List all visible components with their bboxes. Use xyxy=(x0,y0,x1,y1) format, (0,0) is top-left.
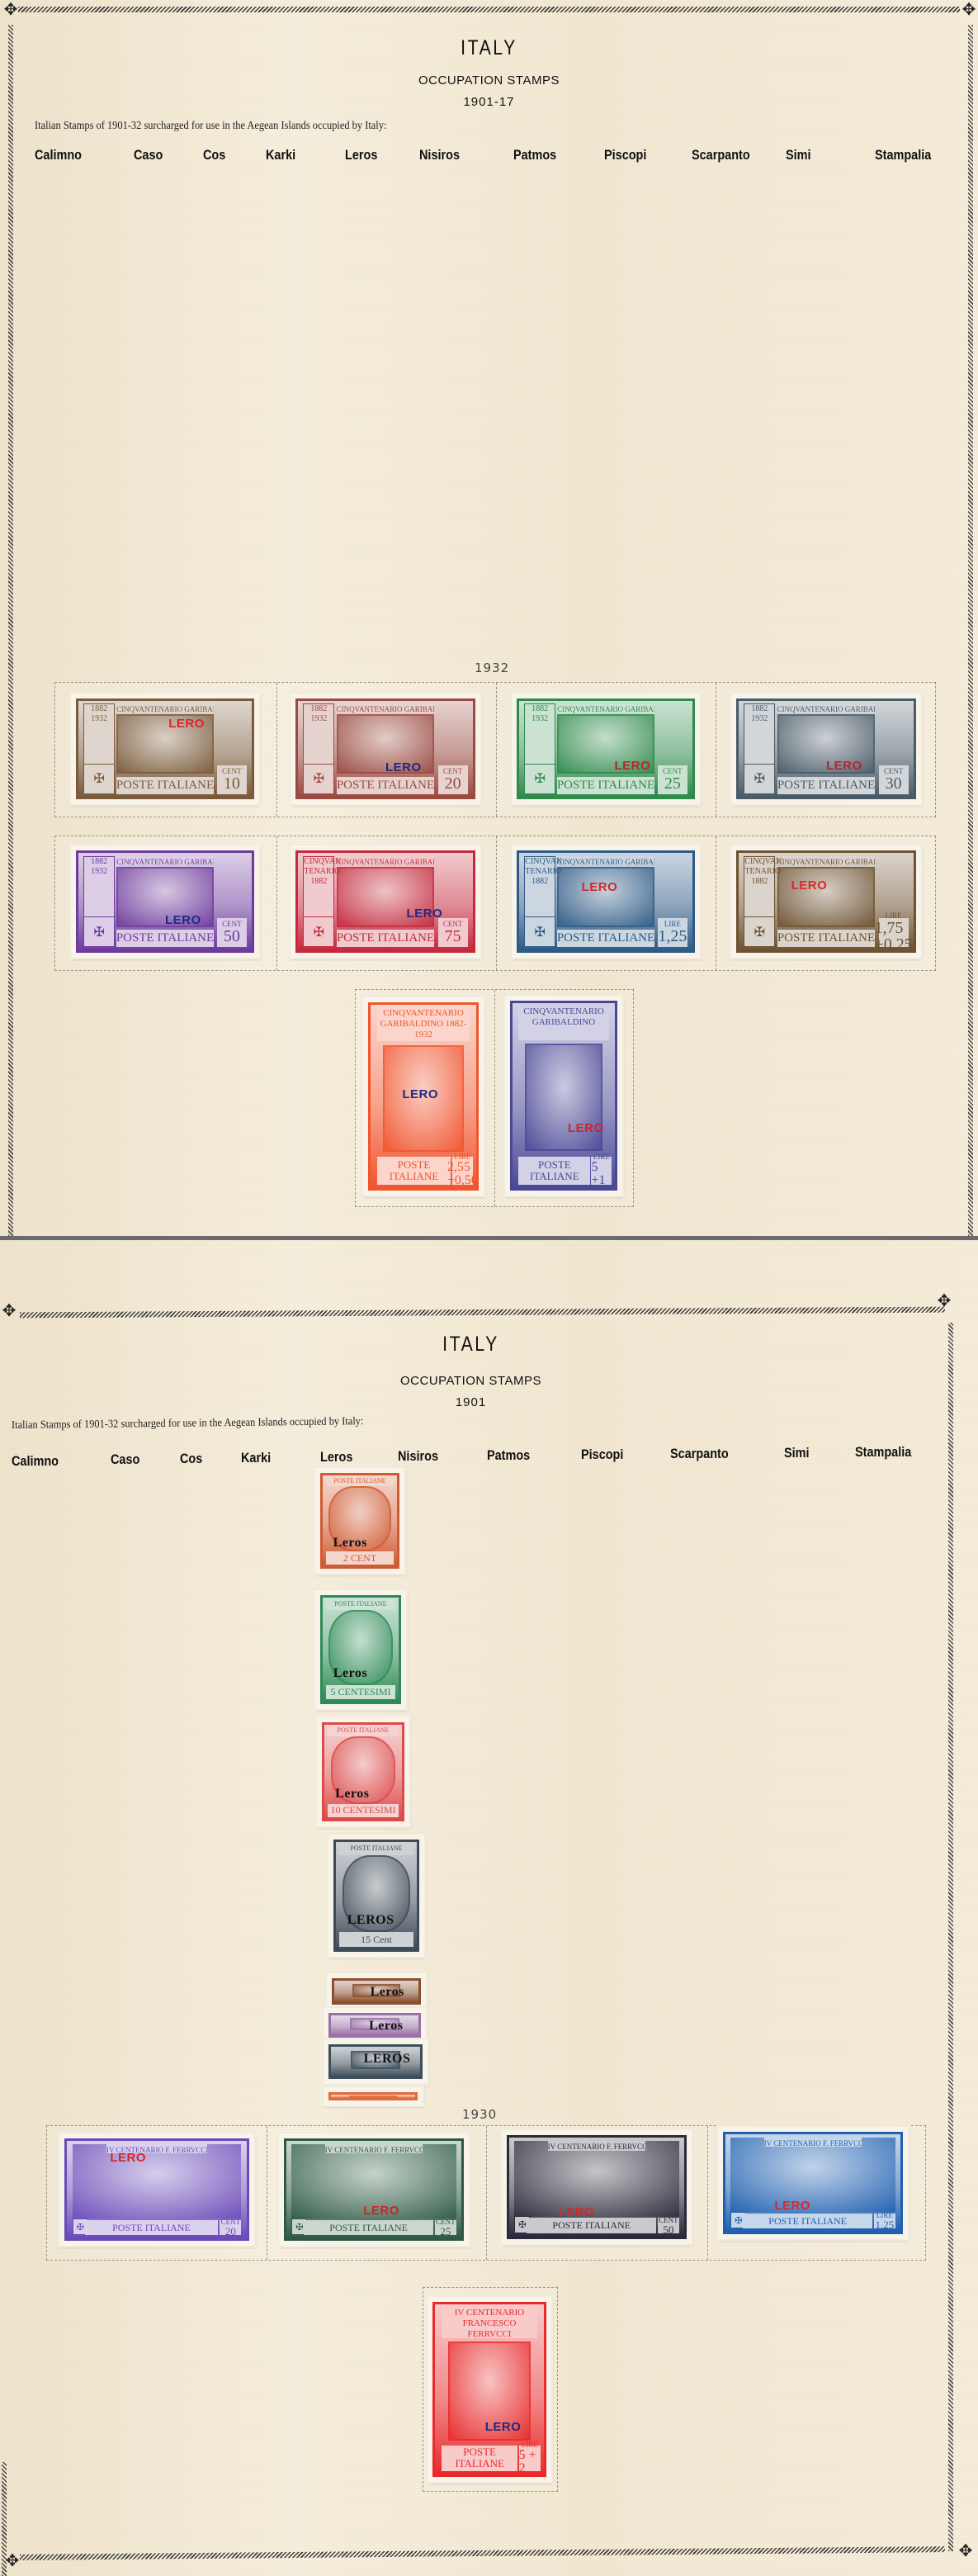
island-label: Piscopi xyxy=(604,147,646,163)
stamp-denomination: CENT20 xyxy=(438,765,468,794)
stamp-side-panel: 1882 1932 xyxy=(303,703,334,765)
stamp[interactable]: Leros xyxy=(324,2008,426,2043)
savoy-crest-icon: ✠ xyxy=(303,916,334,947)
stamp-vignette xyxy=(73,2144,242,2219)
island-label: Scarpanto xyxy=(692,147,750,163)
island-label: Leros xyxy=(345,147,377,163)
stamp-denomination: 10 CENTESIMI xyxy=(328,1804,399,1817)
left-border xyxy=(8,25,13,1236)
stamp-issue-title: CINQVANTENARIO GARIBALDINO 1882-1932 xyxy=(377,1008,470,1041)
page-subtitle: OCCUPATION STAMPS xyxy=(0,73,978,88)
stamp-vignette xyxy=(349,2095,396,2099)
corner-ornament-icon: ✥ xyxy=(960,0,978,18)
stamp-face: CINQVANTENARIO GARIBALDINO 1882-1932POST… xyxy=(368,1002,479,1191)
stamp-denomination: LIRE1,25 xyxy=(874,2214,895,2229)
overprint: LERO xyxy=(385,760,422,774)
overprint: Leros xyxy=(333,1666,367,1681)
page-description: Italian Stamps of 1901-32 surcharged for… xyxy=(35,119,386,132)
stamp-face: CINQVANTENARIO GARIBALDINOCINQVAN TENARI… xyxy=(736,850,916,953)
top-border xyxy=(20,1307,945,1319)
overprint: LEROS xyxy=(347,1913,395,1928)
overprint: LERO xyxy=(168,717,205,731)
stamp-face: POSTE ITALIANE15 CentLEROS xyxy=(333,1840,419,1952)
overprint: LERO xyxy=(791,878,828,893)
overprint: Leros xyxy=(354,2019,418,2034)
stamp-label: POSTE ITALIANE xyxy=(557,930,654,947)
island-label: Calimno xyxy=(35,147,82,163)
stamp-side-panel: 1882 1932 xyxy=(83,856,115,918)
overprint: LERO xyxy=(363,2204,399,2218)
stamp-denomination: LIRE1,25 xyxy=(658,918,687,947)
stamp-face: IV CENTENARIO FRANCESCO FERRVCCIPOSTE IT… xyxy=(432,2302,546,2477)
island-label: Simi xyxy=(784,1445,810,1461)
stamp-face: CINQVANTENARIO GARIBALDINO1882 1932✠POST… xyxy=(76,850,254,953)
savoy-crest-icon: ✠ xyxy=(83,916,115,947)
overprint: LERO xyxy=(774,2199,810,2213)
stamp-face: IV CENTENARIO F. FERRVCCI✠POSTE ITALIANE… xyxy=(507,2135,687,2239)
stamp-value: 20 xyxy=(445,775,461,792)
stamp-vignette xyxy=(514,2141,678,2217)
stamp-label: POSTE ITALIANE xyxy=(304,2220,433,2236)
island-label: Cos xyxy=(180,1451,202,1467)
island-label: Stampalia xyxy=(855,1444,911,1461)
stamp-value: 5 + 2 xyxy=(519,2449,541,2475)
stamp-denomination: LIRE2,55 +0,50 xyxy=(452,1157,474,1184)
stamp-denomination: 2 CENT xyxy=(326,1551,395,1564)
album-page-2: ✥ ✥ ✥ ✥ ITALY OCCUPATION STAMPS 1901 Ita… xyxy=(0,1240,978,2576)
stamp[interactable] xyxy=(324,2087,423,2105)
island-label: Cos xyxy=(203,147,225,163)
stamp-value: 1,75 +0,25 xyxy=(874,920,912,953)
stamp-issue-title: CINQVANTENARIO GARIBALDINO xyxy=(518,1006,608,1039)
stamp-issue-title: CINQVANTENARIO GARIBALDINO xyxy=(337,703,435,713)
page-title: ITALY xyxy=(55,1333,886,1357)
stamp[interactable]: CINQVANTENARIO GARIBALDINO1882 1932✠POST… xyxy=(71,694,259,804)
top-border xyxy=(18,7,960,12)
page-years: 1901-17 xyxy=(0,95,978,109)
stamp[interactable]: Leros xyxy=(327,1973,426,2010)
stamp-side-panel: CINQVAN TENARIO 1882 xyxy=(524,856,555,918)
stamp[interactable]: POSTE ITALIANE5 CENTESIMILeros xyxy=(315,1590,406,1709)
stamp[interactable]: CINQVANTENARIO GARIBALDINO1882 1932✠POST… xyxy=(512,694,700,804)
stamp-face: CINQVANTENARIO GARIBALDINO1882 1932✠POST… xyxy=(736,698,916,799)
island-label: Simi xyxy=(786,147,811,163)
stamp-vignette xyxy=(777,867,876,927)
stamp-face: POSTE ITALIANE5 CENTESIMILeros xyxy=(320,1595,401,1704)
island-label: Karki xyxy=(241,1450,271,1466)
overprint: LERO xyxy=(485,2420,522,2434)
stamp-value: 25 xyxy=(664,775,681,792)
stamp-issue-title: POSTE ITALIANE xyxy=(339,1844,413,1855)
stamp-value: 5 +1 xyxy=(591,1161,612,1187)
stamp-value: 2,55 +0,50 xyxy=(447,1161,478,1187)
stamp-label: POSTE ITALIANE xyxy=(527,2218,656,2233)
overprint: LERO xyxy=(568,1121,604,1135)
overprint: Leros xyxy=(357,1985,418,2000)
overprint: LERO xyxy=(615,759,651,773)
stamp[interactable]: IV CENTENARIO F. FERRVCCI✠POSTE ITALIANE… xyxy=(279,2133,469,2246)
stamp-issue-title: CINQVANTENARIO GARIBALDINO xyxy=(116,703,214,713)
album-page-1: ✥ ✥ ITALY OCCUPATION STAMPS 1901-17 Ital… xyxy=(0,0,978,1236)
savoy-crest-icon: ✠ xyxy=(303,764,334,794)
stamp-denomination: LIRE1,75 +0,25 xyxy=(879,918,909,947)
page-title: ITALY xyxy=(73,36,905,60)
corner-ornament-icon: ✥ xyxy=(2,0,20,18)
savoy-crest-icon: ✠ xyxy=(744,916,775,947)
section-year: 1932 xyxy=(475,661,509,675)
stamp[interactable]: POSTE ITALIANE2 CENTLeros xyxy=(315,1468,404,1574)
stamp-value: 1,25 xyxy=(658,928,687,945)
stamp-face: CINQVANTENARIO GARIBALDINO1882 1932✠POST… xyxy=(295,698,475,799)
stamp-face: CINQVANTENARIO GARIBALDINOCINQVAN TENARI… xyxy=(517,850,695,953)
stamp-side-panel: 1882 1932 xyxy=(524,703,555,765)
stamp-issue-title: POSTE ITALIANE xyxy=(326,1600,396,1611)
stamp-value: 50 xyxy=(224,928,240,945)
island-label: Stampalia xyxy=(875,147,931,163)
stamp-issue-title: CINQVANTENARIO GARIBALDINO xyxy=(116,856,214,866)
stamp-vignette xyxy=(557,867,654,927)
island-label: Karki xyxy=(266,147,295,163)
stamp-label: POSTE ITALIANE xyxy=(777,930,876,947)
island-label: Leros xyxy=(320,1449,352,1466)
stamp-face: IV CENTENARIO F. FERRVCCI✠POSTE ITALIANE… xyxy=(723,2132,903,2234)
island-label: Scarpanto xyxy=(670,1446,729,1462)
stamp-issue-title: CINQVANTENARIO GARIBALDINO xyxy=(337,856,435,866)
stamp[interactable]: POSTE ITALIANE10 CENTESIMILeros xyxy=(317,1717,409,1826)
stamp-value: 50 xyxy=(663,2224,673,2235)
overprint: LERO xyxy=(406,907,442,921)
stamp-denomination: LIRE5 +1 xyxy=(591,1157,612,1185)
stamp-value: 20 xyxy=(225,2226,236,2237)
stamp[interactable]: LEROS xyxy=(324,2039,428,2084)
overprint: LERO xyxy=(558,2205,594,2219)
corner-ornament-icon: ✥ xyxy=(957,2541,975,2559)
island-label: Caso xyxy=(134,147,163,163)
stamp-face: CINQVANTENARIO GARIBALDINOPOSTE ITALIANE… xyxy=(510,1001,617,1191)
stamp-issue-title: POSTE ITALIANE xyxy=(328,1726,399,1735)
stamp-label: POSTE ITALIANE xyxy=(377,1157,451,1184)
corner-ornament-icon: ✥ xyxy=(3,2551,21,2569)
stamp[interactable]: CINQVANTENARIO GARIBALDINO1882 1932✠POST… xyxy=(71,845,259,958)
stamp-label: POSTE ITALIANE xyxy=(442,2446,517,2471)
savoy-crest-icon: ✠ xyxy=(83,764,115,794)
stamp-face xyxy=(328,2092,418,2100)
stamp-label: POSTE ITALIANE xyxy=(777,777,876,794)
stamp-denomination: 5 CENTESIMI xyxy=(326,1685,396,1700)
corner-ornament-icon: ✥ xyxy=(0,1301,18,1319)
section-year: 1930 xyxy=(462,2107,497,2122)
stamp-denomination: CENT50 xyxy=(658,2218,678,2233)
stamp-label: POSTE ITALIANE xyxy=(116,777,214,794)
stamp-face: POSTE ITALIANE10 CENTESIMILeros xyxy=(322,1722,404,1821)
page-description: Italian Stamps of 1901-32 surcharged for… xyxy=(12,1414,364,1432)
overprint: LERO xyxy=(165,913,201,927)
island-label: Patmos xyxy=(487,1447,530,1464)
savoy-crest-icon: ✠ xyxy=(744,764,775,794)
stamp-issue-title: IV CENTENARIO F. FERRVCCI xyxy=(325,2144,423,2154)
stamp[interactable]: CINQVANTENARIO GARIBALDINO 1882-1932POST… xyxy=(363,997,484,1196)
stamp[interactable]: CINQVANTENARIO GARIBALDINOCINQVAN TENARI… xyxy=(291,845,480,958)
stamp[interactable]: POSTE ITALIANE15 CentLEROS xyxy=(328,1835,424,1957)
stamp-value: 75 xyxy=(445,928,461,945)
stamp-denomination: CENT10 xyxy=(217,765,247,794)
stamp-side-panel: CINQVAN TENARIO 1882 xyxy=(303,856,334,918)
stamp-issue-title: CINQVANTENARIO GARIBALDINO xyxy=(557,856,654,866)
overprint: Leros xyxy=(333,1536,367,1551)
stamp-face: CINQVANTENARIO GARIBALDINO1882 1932✠POST… xyxy=(517,698,695,799)
savoy-crest-icon: ✠ xyxy=(524,764,555,794)
right-border xyxy=(948,1323,953,2551)
overprint: LERO xyxy=(110,2151,146,2165)
stamp-denomination: CENT50 xyxy=(217,918,247,947)
stamp-issue-title: CINQVANTENARIO GARIBALDINO xyxy=(777,703,876,713)
stamp-label: POSTE ITALIANE xyxy=(116,930,214,947)
overprint: LERO xyxy=(582,880,618,894)
stamp-face: Leros xyxy=(332,1978,421,2005)
stamp-face: CINQVANTENARIO GARIBALDINOCINQVAN TENARI… xyxy=(295,850,475,953)
stamp-side-panel: 1882 1932 xyxy=(83,703,115,765)
stamp-side-panel: 1882 1932 xyxy=(744,703,775,765)
stamp[interactable]: IV CENTENARIO FRANCESCO FERRVCCIPOSTE IT… xyxy=(428,2297,551,2482)
overprint: LERO xyxy=(826,759,862,773)
stamp[interactable]: CINQVANTENARIO GARIBALDINO1882 1932✠POST… xyxy=(731,694,921,804)
stamp[interactable]: CINQVANTENARIO GARIBALDINOPOSTE ITALIANE… xyxy=(505,996,622,1196)
stamp-label: POSTE ITALIANE xyxy=(337,777,435,794)
stamp-label: POSTE ITALIANE xyxy=(337,930,435,947)
stamp-denomination: 15 Cent xyxy=(339,1932,413,1947)
island-label: Piscopi xyxy=(581,1447,623,1463)
stamp[interactable]: CINQVANTENARIO GARIBALDINO1882 1932✠POST… xyxy=(291,694,480,804)
island-label: Patmos xyxy=(513,147,556,163)
stamp-issue-title: CINQVANTENARIO GARIBALDINO xyxy=(777,856,876,866)
right-border xyxy=(968,25,973,1236)
stamp[interactable]: IV CENTENARIO F. FERRVCCI✠POSTE ITALIANE… xyxy=(59,2133,254,2246)
stamp-denomination: CENT20 xyxy=(220,2220,241,2236)
stamp-face: CINQVANTENARIO GARIBALDINO1882 1932✠POST… xyxy=(76,698,254,799)
island-label: Nisiros xyxy=(419,147,460,163)
stamp-value: 10 xyxy=(224,775,240,792)
stamp-denomination: CENT25 xyxy=(435,2220,456,2236)
stamp-issue-title: POSTE ITALIANE xyxy=(326,1477,395,1486)
stamp-side-panel: CINQVAN TENARIO 1882 xyxy=(744,856,775,918)
page-subtitle: OCCUPATION STAMPS xyxy=(0,1374,960,1388)
stamp-face: LEROS xyxy=(328,2044,423,2079)
overprint: LEROS xyxy=(354,2052,420,2067)
corner-ornament-icon: ✥ xyxy=(935,1291,953,1309)
stamp-issue-title: IV CENTENARIO F. FERRVCCI xyxy=(548,2141,646,2151)
stamp-denomination: CENT75 xyxy=(438,918,468,947)
stamp-label: POSTE ITALIANE xyxy=(743,2214,872,2229)
stamp-denomination: CENT25 xyxy=(658,765,687,794)
stamp-value: 30 xyxy=(886,775,902,792)
stamp-face: Leros xyxy=(328,2013,421,2038)
stamp-issue-title: IV CENTENARIO F. FERRVCCI xyxy=(764,2138,862,2147)
stamp-label: POSTE ITALIANE xyxy=(85,2220,218,2236)
page-years: 1901 xyxy=(0,1395,960,1409)
stamp[interactable]: CINQVANTENARIO GARIBALDINOCINQVAN TENARI… xyxy=(731,845,921,958)
stamp[interactable]: IV CENTENARIO F. FERRVCCI✠POSTE ITALIANE… xyxy=(718,2127,908,2239)
stamp-label: POSTE ITALIANE xyxy=(557,777,654,794)
stamp[interactable]: CINQVANTENARIO GARIBALDINOCINQVAN TENARI… xyxy=(512,845,700,958)
island-label: Calimno xyxy=(12,1453,59,1470)
stamp-denomination: CENT30 xyxy=(879,765,909,794)
stamp-face: POSTE ITALIANE2 CENTLeros xyxy=(320,1473,399,1569)
savoy-crest-icon: ✠ xyxy=(524,916,555,947)
island-label: Caso xyxy=(111,1451,139,1468)
stamp-value: 25 xyxy=(440,2226,451,2237)
stamp-label: POSTE ITALIANE xyxy=(518,1157,590,1185)
stamp-issue-title: IV CENTENARIO FRANCESCO FERRVCCI xyxy=(442,2308,537,2338)
stamp-issue-title: CINQVANTENARIO GARIBALDINO xyxy=(557,703,654,713)
overprint: Leros xyxy=(335,1787,369,1802)
stamp-denomination: LIRE5 + 2 xyxy=(519,2446,541,2471)
overprint: LERO xyxy=(402,1087,438,1101)
stamp-value: 1,25 xyxy=(876,2219,895,2230)
bottom-border xyxy=(20,2546,945,2560)
stamp-face: IV CENTENARIO F. FERRVCCI✠POSTE ITALIANE… xyxy=(284,2138,464,2241)
stamp-face: IV CENTENARIO F. FERRVCCI✠POSTE ITALIANE… xyxy=(64,2138,249,2241)
stamp-vignette xyxy=(730,2138,895,2213)
stamp[interactable]: IV CENTENARIO F. FERRVCCI✠POSTE ITALIANE… xyxy=(502,2130,692,2244)
island-label: Nisiros xyxy=(398,1448,438,1465)
